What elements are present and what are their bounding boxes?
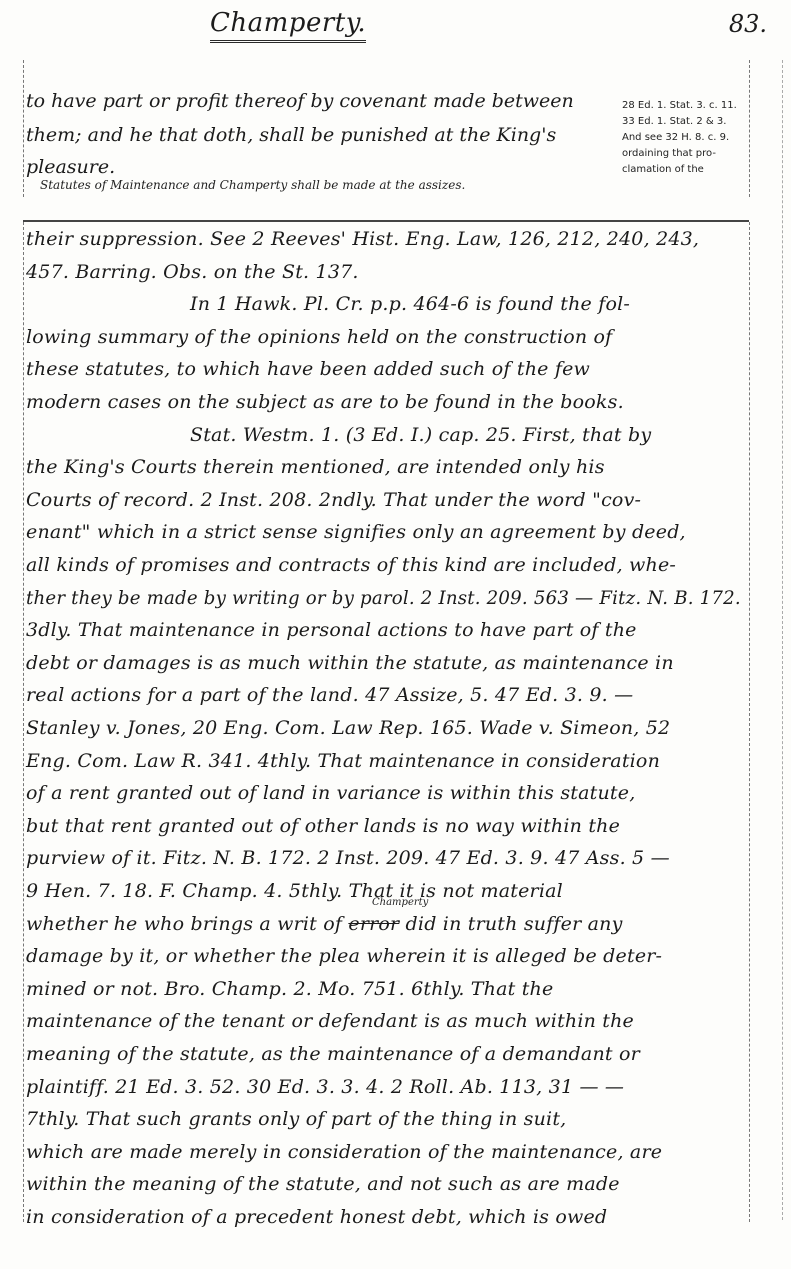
body-line: 3dly. That maintenance in personal actio… (26, 619, 637, 641)
margin-note: ordaining that pro- (622, 148, 716, 159)
body-line: within the meaning of the statute, and n… (26, 1173, 620, 1195)
body-line: In 1 Hawk. Pl. Cr. p.p. 464-6 is found t… (190, 293, 630, 315)
body-line: Stanley v. Jones, 20 Eng. Com. Law Rep. … (26, 717, 670, 739)
body-line: maintenance of the tenant or defendant i… (26, 1010, 634, 1032)
body-line: enant" which in a strict sense signifies… (26, 521, 686, 543)
body-line: but that rent granted out of other lands… (26, 815, 620, 837)
body-line: all kinds of promises and contracts of t… (26, 554, 676, 576)
body-line: their suppression. See 2 Reeves' Hist. E… (26, 228, 699, 250)
body-line: whether he who brings a writ of error di… (26, 913, 623, 935)
body-line: in consideration of a precedent honest d… (26, 1206, 607, 1228)
body-line: Courts of record. 2 Inst. 208. 2ndly. Th… (26, 489, 641, 511)
page-title: Champerty. (210, 8, 366, 43)
margin-note: clamation of the (622, 164, 704, 175)
sub-note: Statutes of Maintenance and Champerty sh… (40, 178, 465, 192)
margin-note: And see 32 H. 8. c. 9. (622, 132, 729, 143)
body-line: modern cases on the subject as are to be… (26, 391, 624, 413)
body-line: 457. Barring. Obs. on the St. 137. (26, 261, 359, 283)
manuscript-page: Champerty. 83. to have part or profit th… (0, 0, 791, 1269)
interlinear-insert: Champerty (372, 897, 428, 908)
margin-note: 28 Ed. 1. Stat. 3. c. 11. (622, 100, 737, 111)
body-line: debt or damages is as much within the st… (26, 652, 674, 674)
body-line: ther they be made by writing or by parol… (26, 587, 741, 609)
body-line: lowing summary of the opinions held on t… (26, 326, 612, 348)
body-line: mined or not. Bro. Champ. 2. Mo. 751. 6t… (26, 978, 553, 1000)
top-line: pleasure. (26, 156, 115, 178)
body-line: plaintiff. 21 Ed. 3. 52. 30 Ed. 3. 3. 4.… (26, 1076, 624, 1098)
page-edge (782, 60, 783, 1220)
page-number: 83. (729, 10, 767, 38)
body-line: of a rent granted out of land in varianc… (26, 782, 635, 804)
body-line: Stat. Westm. 1. (3 Ed. I.) cap. 25. Firs… (190, 424, 651, 446)
body-line: which are made merely in consideration o… (26, 1141, 662, 1163)
body-line: damage by it, or whether the plea wherei… (26, 945, 662, 967)
body-line: meaning of the statute, as the maintenan… (26, 1043, 640, 1065)
top-line: them; and he that doth, shall be punishe… (26, 124, 556, 146)
top-line: to have part or profit thereof by covena… (26, 90, 574, 112)
body-line: the King's Courts therein mentioned, are… (26, 456, 605, 478)
body-line: Eng. Com. Law R. 341. 4thly. That mainte… (26, 750, 660, 772)
body-line: real actions for a part of the land. 47 … (26, 684, 633, 706)
margin-note: 33 Ed. 1. Stat. 2 & 3. (622, 116, 726, 127)
body-line: these statutes, to which have been added… (26, 358, 590, 380)
body-line: purview of it. Fitz. N. B. 172. 2 Inst. … (26, 847, 670, 869)
body-line: 9 Hen. 7. 18. F. Champ. 4. 5thly. That i… (26, 880, 563, 902)
body-line: 7thly. That such grants only of part of … (26, 1108, 566, 1130)
